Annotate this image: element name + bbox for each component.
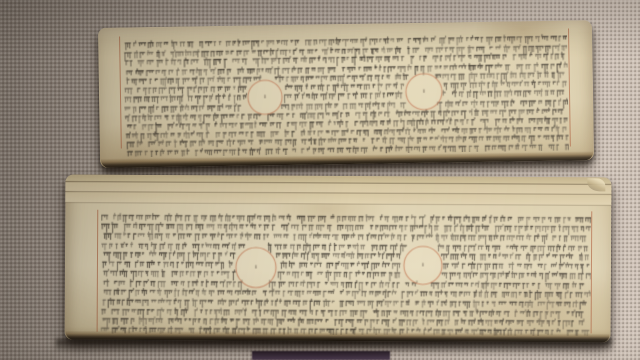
reflection-patch bbox=[252, 351, 390, 360]
left-margin-ruling-lower bbox=[97, 210, 99, 332]
museum-photo-scene bbox=[0, 0, 640, 360]
tibetan-text-upper bbox=[123, 32, 569, 158]
fanned-leaf-edges bbox=[65, 175, 611, 208]
right-margin-ruling-lower bbox=[591, 211, 593, 333]
left-margin-ruling-upper bbox=[119, 37, 122, 149]
tibetan-text-lower bbox=[101, 212, 592, 337]
upper-manuscript-leaf bbox=[98, 20, 594, 168]
lower-manuscript-stack bbox=[65, 175, 612, 343]
